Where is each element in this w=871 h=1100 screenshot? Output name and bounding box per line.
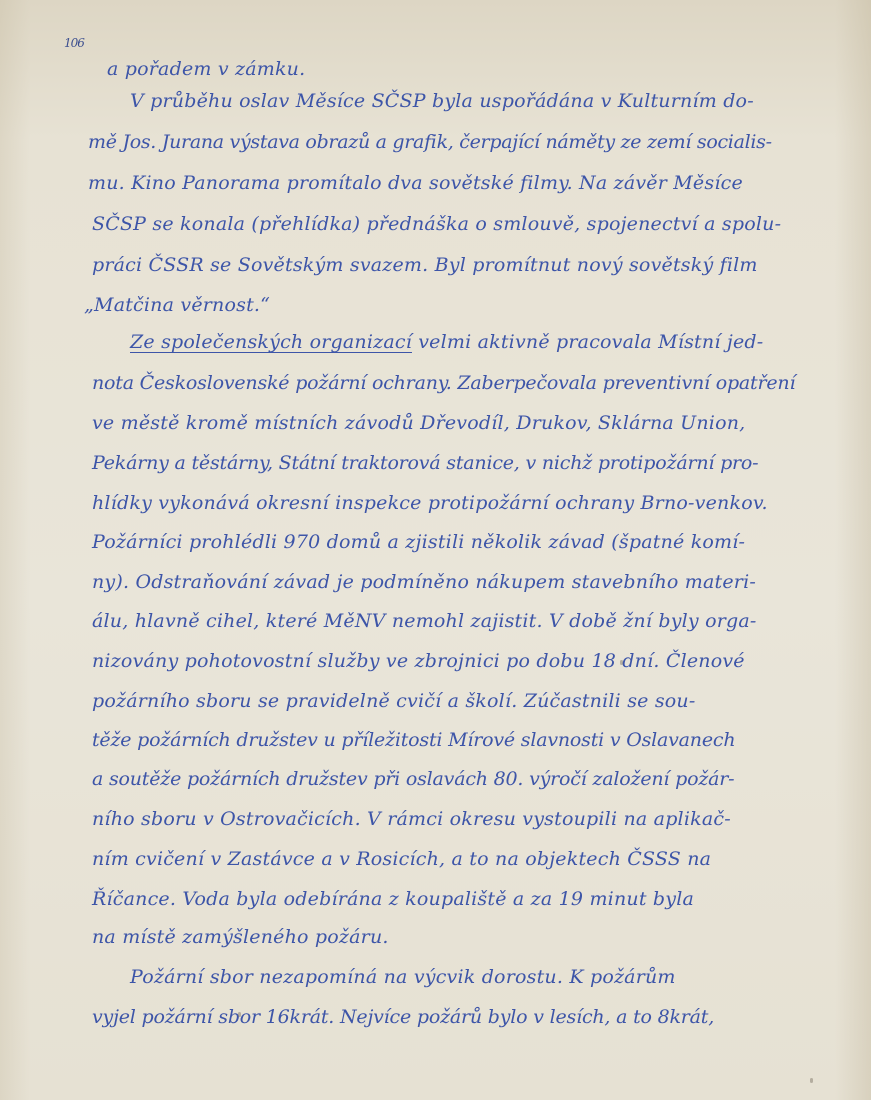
text-line-4: mu. Kino Panorama promítalo dva sovětské… — [88, 172, 743, 194]
text-line-22: Říčance. Voda byla odebírána z koupališt… — [92, 888, 694, 910]
text-line-2: V průběhu oslav Měsíce SČSP byla uspořád… — [130, 90, 754, 112]
text-line-15: álu, hlavně cihel, které MěNV nemohl zaj… — [92, 610, 757, 632]
text-line-1: a pořadem v zámku. — [107, 58, 305, 80]
text-line-10: ve městě kromě místních závodů Dřevodíl,… — [92, 412, 745, 434]
text-line-13: Požárníci prohlédli 970 domů a zjistili … — [92, 531, 745, 553]
text-line-16: nizovány pohotovostní služby ve zbrojnic… — [92, 650, 745, 672]
text-line-19: a soutěže požárních družstev při oslavác… — [92, 768, 734, 790]
text-line-6: práci ČSSR se Sovětským svazem. Byl prom… — [92, 254, 758, 276]
section-heading-social-organizations: Ze společenských organizací — [130, 331, 412, 353]
text-line-8: Ze společenských organizací velmi aktivn… — [130, 331, 763, 353]
paper-speck — [238, 1012, 241, 1017]
text-line-21: ním cvičení v Zastávce a v Rosicích, a t… — [92, 848, 711, 870]
text-line-11: Pekárny a těstárny, Státní traktorová st… — [92, 452, 758, 474]
text-line-14: ny). Odstraňování závad je podmíněno nák… — [92, 571, 756, 593]
page-number: 106 — [64, 36, 84, 50]
paper-speck — [620, 660, 623, 665]
handwritten-chronicle-page: 106 a pořadem v zámku. V průběhu oslav M… — [0, 0, 871, 1100]
text-line-25: vyjel požární sbor 16krát. Nejvíce požár… — [92, 1006, 714, 1028]
text-line-9: nota Československé požární ochrany. Zab… — [92, 372, 795, 394]
text-line-5: SČSP se konala (přehlídka) přednáška o s… — [92, 213, 781, 235]
text-line-23: na místě zamýšleného požáru. — [92, 926, 389, 948]
text-line-20: ního sboru v Ostrovačicích. V rámci okre… — [92, 808, 731, 830]
text-line-8-rest: velmi aktivně pracovala Místní jed- — [412, 331, 763, 353]
text-line-12: hlídky vykonává okresní inspekce protipo… — [92, 492, 768, 514]
text-line-7: „Matčina věrnost.“ — [84, 294, 270, 316]
text-line-3: mě Jos. Jurana výstava obrazů a grafik, … — [88, 131, 772, 153]
text-line-24: Požární sbor nezapomíná na výcvik dorost… — [130, 966, 676, 988]
paper-speck — [810, 1078, 813, 1083]
text-line-17: požárního sboru se pravidelně cvičí a šk… — [92, 690, 695, 712]
text-line-18: těže požárních družstev u příležitosti M… — [92, 729, 735, 751]
